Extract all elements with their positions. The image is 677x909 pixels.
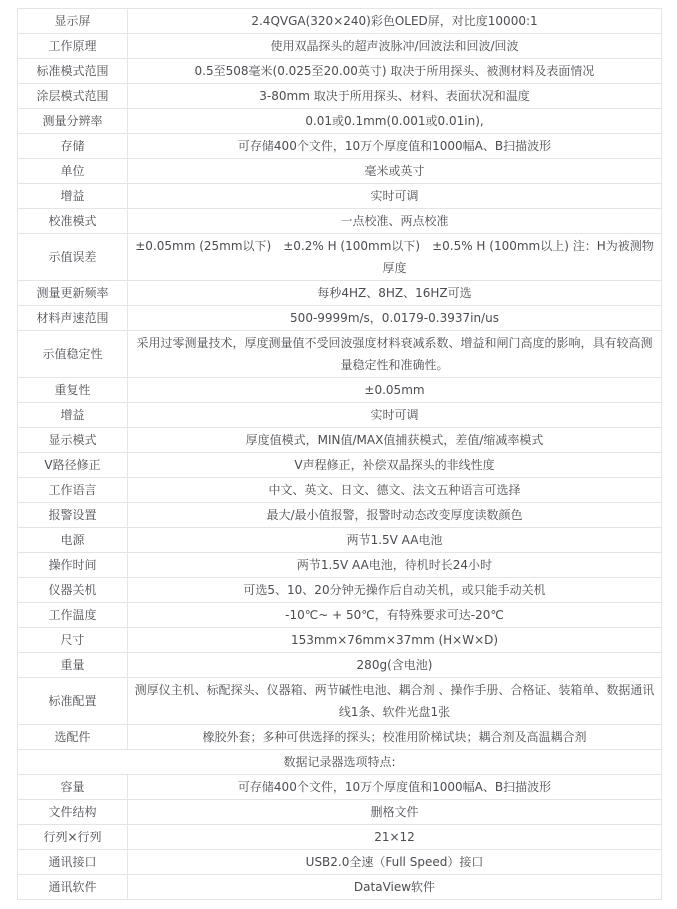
spec-label: 通讯软件 — [18, 875, 128, 900]
spec-label: 文件结构 — [18, 800, 128, 825]
spec-row: 增益实时可调 — [18, 403, 662, 428]
spec-value: 0.5至508毫米(0.025至20.00英寸) 取决于所用探头、被测材料及表面… — [128, 59, 662, 84]
spec-label: 尺寸 — [18, 628, 128, 653]
spec-row: 标准模式范围0.5至508毫米(0.025至20.00英寸) 取决于所用探头、被… — [18, 59, 662, 84]
spec-row: 测量更新频率每秒4HZ、8HZ、16HZ可选 — [18, 281, 662, 306]
spec-row: 示值稳定性采用过零测量技术，厚度测量值不受回波强度材料衰减系数、增益和闸门高度的… — [18, 331, 662, 378]
spec-table-body: 显示屏2.4QVGA(320×240)彩色OLED屏，对比度10000:1工作原… — [18, 9, 662, 900]
spec-value: USB2.0全速（Full Speed）接口 — [128, 850, 662, 875]
spec-row: 校准模式一点校准、两点校准 — [18, 209, 662, 234]
spec-value: 21×12 — [128, 825, 662, 850]
spec-row: 重复性±0.05mm — [18, 378, 662, 403]
spec-label: 示值误差 — [18, 234, 128, 281]
spec-value: 删格文件 — [128, 800, 662, 825]
spec-row: 通讯接口USB2.0全速（Full Speed）接口 — [18, 850, 662, 875]
spec-value: 使用双晶探头的超声波脉冲/回波法和回波/回波 — [128, 34, 662, 59]
spec-label: 报警设置 — [18, 503, 128, 528]
spec-label: 行列×行列 — [18, 825, 128, 850]
spec-value: 实时可调 — [128, 184, 662, 209]
spec-value: 2.4QVGA(320×240)彩色OLED屏，对比度10000:1 — [128, 9, 662, 34]
spec-row: 操作时间两节1.5V AA电池，待机时长24小时 — [18, 553, 662, 578]
spec-row: 工作原理使用双晶探头的超声波脉冲/回波法和回波/回波 — [18, 34, 662, 59]
spec-label: 增益 — [18, 403, 128, 428]
spec-label: 电源 — [18, 528, 128, 553]
spec-row: 行列×行列21×12 — [18, 825, 662, 850]
spec-value: 测厚仪主机、标配探头、仪器箱、两节碱性电池、耦合剂 、操作手册、合格证、装箱单、… — [128, 678, 662, 725]
spec-value: 厚度值模式，MIN值/MAX值捕获模式，差值/缩减率模式 — [128, 428, 662, 453]
spec-value: 可存储400个文件，10万个厚度值和1000幅A、B扫描波形 — [128, 775, 662, 800]
spec-page: 显示屏2.4QVGA(320×240)彩色OLED屏，对比度10000:1工作原… — [0, 0, 677, 909]
spec-label: 示值稳定性 — [18, 331, 128, 378]
spec-label: 重复性 — [18, 378, 128, 403]
spec-row: 增益实时可调 — [18, 184, 662, 209]
spec-label: 增益 — [18, 184, 128, 209]
spec-label: 工作温度 — [18, 603, 128, 628]
spec-row: 测量分辨率0.01或0.1mm(0.001或0.01in), — [18, 109, 662, 134]
spec-label: 工作语言 — [18, 478, 128, 503]
spec-value: ±0.05mm (25mm以下) ±0.2% H (100mm以下) ±0.5%… — [128, 234, 662, 281]
spec-label: 涂层模式范围 — [18, 84, 128, 109]
spec-label: 材料声速范围 — [18, 306, 128, 331]
spec-row: 文件结构删格文件 — [18, 800, 662, 825]
spec-label: 标准模式范围 — [18, 59, 128, 84]
spec-row: 通讯软件DataView软件 — [18, 875, 662, 900]
spec-label: 仪器关机 — [18, 578, 128, 603]
spec-value: 两节1.5V AA电池 — [128, 528, 662, 553]
spec-value: 可存储400个文件，10万个厚度值和1000幅A、B扫描波形 — [128, 134, 662, 159]
spec-row: 存储可存储400个文件，10万个厚度值和1000幅A、B扫描波形 — [18, 134, 662, 159]
spec-value: 最大/最小值报警，报警时动态改变厚度读数颜色 — [128, 503, 662, 528]
spec-row: 涂层模式范围3-80mm 取决于所用探头、材料、表面状况和温度 — [18, 84, 662, 109]
spec-label: 测量分辨率 — [18, 109, 128, 134]
spec-row: 标准配置测厚仪主机、标配探头、仪器箱、两节碱性电池、耦合剂 、操作手册、合格证、… — [18, 678, 662, 725]
spec-label: V路径修正 — [18, 453, 128, 478]
spec-value: 0.01或0.1mm(0.001或0.01in), — [128, 109, 662, 134]
spec-value: 可选5、10、20分钟无操作后自动关机，或只能手动关机 — [128, 578, 662, 603]
spec-row: 选配件橡胶外套；多种可供选择的探头；校准用阶梯试块；耦合剂及高温耦合剂 — [18, 725, 662, 750]
spec-label: 存储 — [18, 134, 128, 159]
spec-row: 尺寸153mm×76mm×37mm (H×W×D) — [18, 628, 662, 653]
spec-row: 电源两节1.5V AA电池 — [18, 528, 662, 553]
spec-row: 材料声速范围500-9999m/s，0.0179-0.3937in/us — [18, 306, 662, 331]
spec-row: 工作温度-10℃~ + 50℃，有特殊要求可达-20℃ — [18, 603, 662, 628]
spec-value: V声程修正，补偿双晶探头的非线性度 — [128, 453, 662, 478]
section-row: 数据记录器选项特点: — [18, 750, 662, 775]
spec-value: 橡胶外套；多种可供选择的探头；校准用阶梯试块；耦合剂及高温耦合剂 — [128, 725, 662, 750]
spec-label: 操作时间 — [18, 553, 128, 578]
spec-row: 示值误差±0.05mm (25mm以下) ±0.2% H (100mm以下) ±… — [18, 234, 662, 281]
spec-value: 实时可调 — [128, 403, 662, 428]
spec-value: 两节1.5V AA电池，待机时长24小时 — [128, 553, 662, 578]
spec-label: 显示模式 — [18, 428, 128, 453]
spec-value: -10℃~ + 50℃，有特殊要求可达-20℃ — [128, 603, 662, 628]
spec-value: 153mm×76mm×37mm (H×W×D) — [128, 628, 662, 653]
spec-table: 显示屏2.4QVGA(320×240)彩色OLED屏，对比度10000:1工作原… — [17, 8, 662, 900]
spec-value: 3-80mm 取决于所用探头、材料、表面状况和温度 — [128, 84, 662, 109]
spec-label: 单位 — [18, 159, 128, 184]
spec-row: 显示屏2.4QVGA(320×240)彩色OLED屏，对比度10000:1 — [18, 9, 662, 34]
spec-label: 工作原理 — [18, 34, 128, 59]
spec-value: 采用过零测量技术，厚度测量值不受回波强度材料衰减系数、增益和闸门高度的影响，具有… — [128, 331, 662, 378]
spec-row: 仪器关机可选5、10、20分钟无操作后自动关机，或只能手动关机 — [18, 578, 662, 603]
spec-row: 显示模式厚度值模式，MIN值/MAX值捕获模式，差值/缩减率模式 — [18, 428, 662, 453]
spec-row: 重量280g(含电池) — [18, 653, 662, 678]
spec-row: V路径修正V声程修正，补偿双晶探头的非线性度 — [18, 453, 662, 478]
section-title: 数据记录器选项特点: — [18, 750, 662, 775]
spec-value: DataView软件 — [128, 875, 662, 900]
spec-label: 选配件 — [18, 725, 128, 750]
spec-value: 280g(含电池) — [128, 653, 662, 678]
spec-label: 容量 — [18, 775, 128, 800]
spec-value: 中文、英文、日文、德文、法文五种语言可选择 — [128, 478, 662, 503]
spec-row: 单位毫米或英寸 — [18, 159, 662, 184]
spec-label: 校准模式 — [18, 209, 128, 234]
spec-value: 每秒4HZ、8HZ、16HZ可选 — [128, 281, 662, 306]
spec-row: 报警设置最大/最小值报警，报警时动态改变厚度读数颜色 — [18, 503, 662, 528]
spec-value: 毫米或英寸 — [128, 159, 662, 184]
spec-value: ±0.05mm — [128, 378, 662, 403]
spec-value: 一点校准、两点校准 — [128, 209, 662, 234]
spec-label: 通讯接口 — [18, 850, 128, 875]
spec-label: 显示屏 — [18, 9, 128, 34]
spec-label: 标准配置 — [18, 678, 128, 725]
spec-value: 500-9999m/s，0.0179-0.3937in/us — [128, 306, 662, 331]
spec-label: 重量 — [18, 653, 128, 678]
spec-label: 测量更新频率 — [18, 281, 128, 306]
spec-row: 容量可存储400个文件，10万个厚度值和1000幅A、B扫描波形 — [18, 775, 662, 800]
spec-row: 工作语言中文、英文、日文、德文、法文五种语言可选择 — [18, 478, 662, 503]
